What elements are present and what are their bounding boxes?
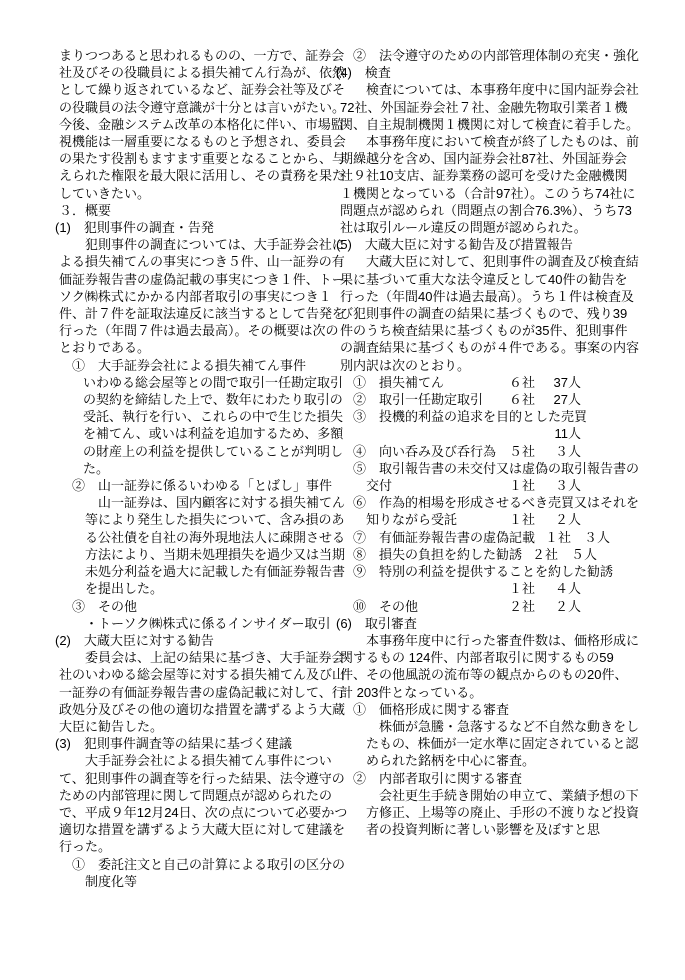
stat-people-count: ２人 [535, 598, 581, 615]
stat-row: ④ 向い呑み及び呑行為５社３人 [340, 443, 639, 460]
left-column: まりつつあると思われるものの、一方で、証券会社及びその役職員による損失補てん行為… [59, 47, 348, 890]
sub-item: ② 内部者取引に関する審査 [340, 770, 639, 787]
numbered-item: (3) 犯則事件調査等の結果に基づく建議 [55, 735, 348, 752]
paragraph: いわゆる総会屋等との間で取引一任勘定取引の契約を締結した上で、数年にわたり取引の… [59, 374, 348, 477]
stat-value: １社 ３人 [545, 530, 610, 545]
stat-row: ② 取引一任勘定取引６社27人 [340, 391, 639, 408]
stat-firms-count: ６社 [503, 374, 535, 391]
stat-firms-count: ５社 [503, 443, 535, 460]
stat-row: ⑧ 損失の負担を約した勧誘２社 ５人 [340, 546, 639, 563]
stat-people-count: ３人 [535, 477, 581, 494]
stat-value: ５社３人 [503, 443, 581, 460]
paragraph: 株価が急騰・急落するなど不自然な動きをしたもの、株価が一定水準に固定されていると… [340, 718, 639, 770]
stat-row: ⑦ 有価証券報告書の虚偽記載１社 ３人 [340, 529, 639, 546]
paragraph: まりつつあると思われるものの、一方で、証券会社及びその役職員による損失補てん行為… [59, 47, 348, 202]
paragraph: 検査については、本事務年度中に国内証券会社72社、外国証券会社７社、金融先物取引… [340, 81, 639, 133]
stat-people-count: ２人 [535, 511, 581, 528]
numbered-item: (6) 取引審査 [336, 615, 639, 632]
stat-firms-count: ６社 [503, 391, 535, 408]
stat-firms-count [503, 425, 535, 442]
sub-item: ① 価格形成に関する審査 [340, 701, 639, 718]
sub-item: ① 委託注文と自己の計算による取引の区分の制度化等 [59, 856, 348, 890]
stat-people-count: 27人 [535, 391, 581, 408]
stat-value: １社４人 [503, 580, 639, 597]
stat-firms-count: １社 [503, 580, 535, 597]
numbered-item: (5) 大蔵大臣に対する勧告及び措置報告 [336, 236, 639, 253]
paragraph: 大蔵大臣に対して、犯則事件の調査及び検査結果に基づいて重大な法令違反として40件… [340, 253, 639, 373]
paragraph: 大手証券会社による損失補てん事件について、犯則事件の調査等を行った結果、法令遵守… [59, 752, 348, 855]
document-page: まりつつあると思われるものの、一方で、証券会社及びその役職員による損失補てん行為… [0, 0, 685, 980]
stat-row: ⑩ その他２社２人 [340, 598, 639, 615]
stat-people-count: ３人 [535, 443, 581, 460]
stat-value: ６社27人 [503, 391, 581, 408]
sub-item: ① 大手証券会社による損失補てん事件 [59, 357, 348, 374]
stat-firms-count: ２社 [503, 598, 535, 615]
bullet-item: ・トーソク㈱株式に係るインサイダー取引 [59, 615, 348, 632]
paragraph: 会社更生手続き開始の申立て、業績予想の下方修正、上場等の廃止、手形の不渡りなど投… [340, 787, 639, 839]
stat-value: ２社２人 [503, 598, 581, 615]
section-heading: ３．概要 [59, 202, 348, 219]
stat-value: １社２人 [503, 511, 581, 528]
paragraph: 犯則事件の調査については、大手証券会社による損失補てんの事実につき５件、山一証券… [59, 236, 348, 356]
stat-row: ⑥ 作為的相場を形成させるべき売買又はそれを知りながら受託１社２人 [340, 494, 639, 528]
paragraph: 本事務年度中に行った審査件数は、価格形成に関するもの 124件、内部者取引に関す… [340, 632, 639, 701]
paragraph: 山一証券は、国内顧客に対する損失補てん等により発生した損失について、含み損のある… [59, 494, 348, 597]
sub-item: ② 法令遵守のための内部管理体制の充実・強化 [340, 47, 639, 64]
stat-value: 11人 [503, 425, 639, 442]
stat-value: ６社37人 [503, 374, 581, 391]
stat-people-count: 11人 [535, 425, 581, 442]
stat-people-count: ４人 [535, 580, 581, 597]
numbered-item: (1) 犯則事件の調査・告発 [55, 219, 348, 236]
stat-value: ２社 ５人 [532, 547, 597, 562]
stat-row: ⑨ 特別の利益を提供することを約した勧誘１社４人 [340, 563, 639, 597]
sub-item: ③ その他 [59, 598, 348, 615]
right-column: ② 法令遵守のための内部管理体制の充実・強化(4) 検査検査については、本事務年… [340, 47, 639, 838]
stat-firms-count: １社 [503, 477, 535, 494]
numbered-item: (2) 大蔵大臣に対する勧告 [55, 632, 348, 649]
stat-value: １社３人 [503, 477, 581, 494]
paragraph: 本事務年度において検査が終了したものは、前期繰越分を含め、国内証券会社87社、外… [340, 133, 639, 236]
stat-people-count: 37人 [535, 374, 581, 391]
stat-row: ③ 投機的利益の追求を目的とした売買11人 [340, 408, 639, 442]
paragraph: 委員会は、上記の結果に基づき、大手証券会社のいわゆる総会屋等に対する損失補てん及… [59, 649, 348, 735]
stat-row: ① 損失補てん６社37人 [340, 374, 639, 391]
numbered-item: (4) 検査 [336, 64, 639, 81]
stat-firms-count: １社 [503, 511, 535, 528]
sub-item: ② 山一証券に係るいわゆる「とばし」事件 [59, 477, 348, 494]
stat-row: ⑤ 取引報告書の未交付又は虚偽の取引報告書の交付１社３人 [340, 460, 639, 494]
